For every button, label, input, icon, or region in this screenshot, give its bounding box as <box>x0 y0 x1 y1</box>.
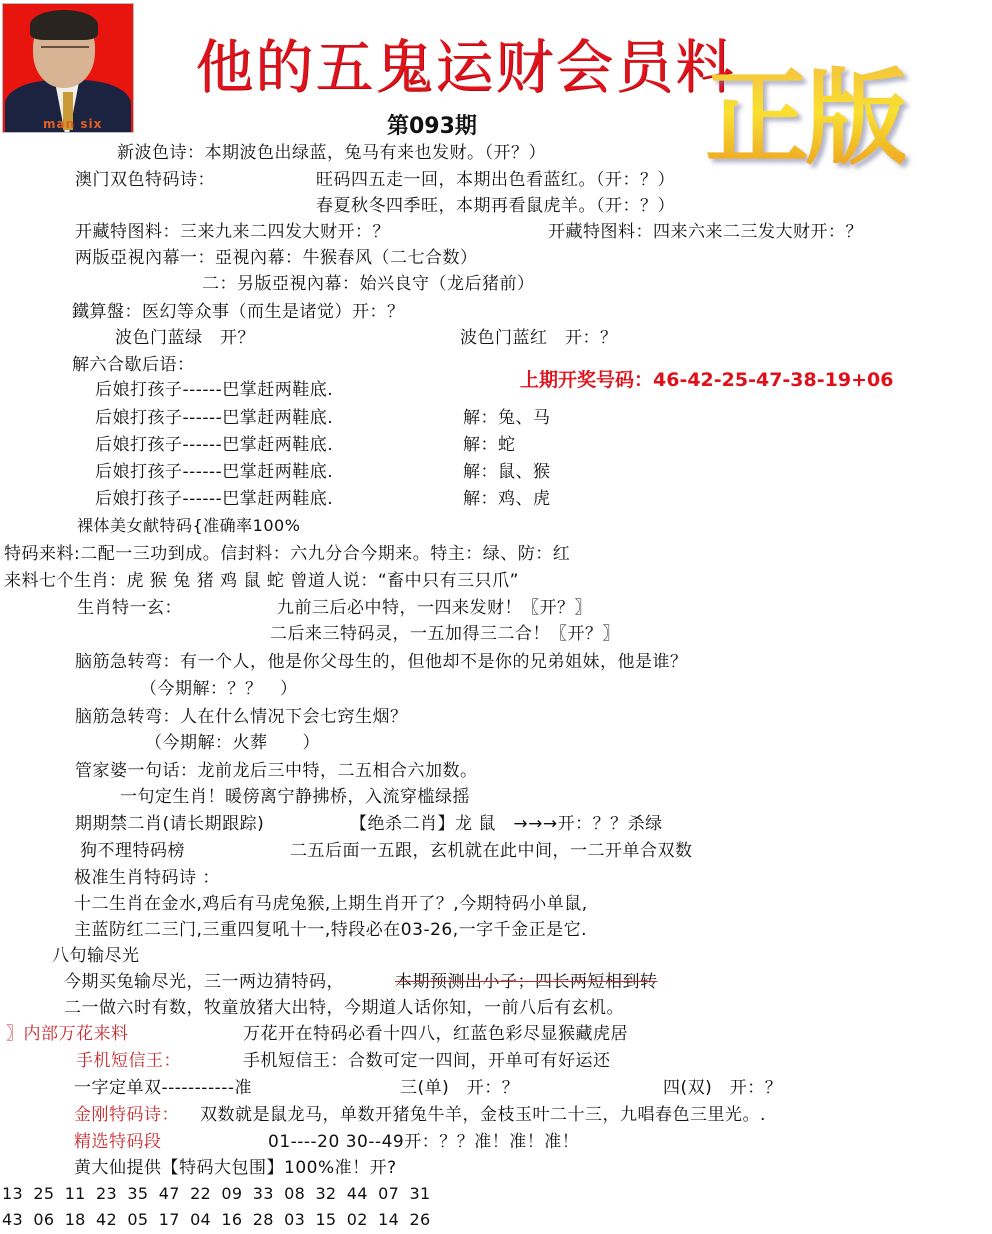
zodiac-mystery-line1: 九前三后必中特，一四来发财！〖开？〗 <box>277 597 592 619</box>
diamond-poem-text: 双数就是鼠龙马，单数开猪兔牛羊，金枝玉叶二十三，九唱春色三里光。. <box>200 1104 766 1126</box>
zodiac-mystery-line2: 二后来三特码灵，一五加得三二合！〖开？〗 <box>270 623 620 645</box>
brain-teaser-2: 脑筋急转弯：人在什么情况下会七窍生烟？ <box>75 706 408 728</box>
riddle-heading: 解六合歇后语： <box>72 354 195 376</box>
number-row-2: 43 06 18 42 05 17 04 16 28 03 15 02 14 2… <box>2 1210 430 1230</box>
macau-poem-line1: 旺码四五走一回，本期出色看蓝红。（开：？） <box>316 169 675 191</box>
seven-zodiac-source: 来料七个生肖：虎 猴 兔 猪 鸡 鼠 蛇 曾道人说：“畜中只有三只爪” <box>4 570 519 592</box>
iron-abacus: 鐵算盤：医幻等众事（而生是诸觉）开：？ <box>72 301 405 323</box>
riddle-answer: 解：兔、马 <box>463 407 551 429</box>
macau-poem-line2: 春夏秋冬四季旺，本期再看鼠虎羊。（开：？） <box>316 195 675 217</box>
kill-two-zodiac: 【绝杀二肖】龙 鼠 →→→开：？？杀绿 <box>350 813 663 835</box>
hidden-chart-right: 开藏特图料：四来六来二三发大财开：？ <box>548 221 863 243</box>
zodiac-poem-heading: 极准生肖特码诗 ： <box>74 867 220 889</box>
number-row-1: 13 25 11 23 35 47 22 09 33 08 32 44 07 3… <box>2 1184 430 1204</box>
banned-zodiac-label: 期期禁二肖(请长期跟踪) <box>75 813 264 835</box>
goubuli-label: 狗不理特码榜 <box>80 840 185 862</box>
wave-blue-green: 波色门蓝绿 开？ <box>115 327 255 349</box>
one-line-zodiac: 一句定生肖！暖傍离宁静拂桥，入流穿槛绿摇 <box>120 786 470 808</box>
eight-lines-1b: 本期预测出小子；四长两短相到转 <box>395 971 658 993</box>
wong-tai-sin-heading: 黄大仙提供【特码大包围】100%准！开? <box>74 1157 397 1179</box>
sms-king-text: 手机短信王：合数可定一四间，开单可有好运还 <box>243 1050 611 1072</box>
genuine-badge: 正版 <box>705 58 905 178</box>
zodiac-poem-line1: 十二生肖在金水,鸡后有马虎兔猴,上期生肖开了？,今期特码小单鼠, <box>74 893 588 915</box>
atv-inside-1: 两版亞視內幕一：亞視內幕：牛猴春风（二七合数） <box>75 247 478 269</box>
selected-range-label: 精选特码段 <box>74 1131 162 1153</box>
page-title: 他的五鬼运财会员料 <box>195 32 735 102</box>
odd-even-label: 一字定单双-----------准 <box>74 1077 252 1099</box>
riddle-line: 后娘打孩子------巴掌赶两鞋底. <box>95 434 333 456</box>
eight-lines-2: 二一做六时有数，牧童放猪大出特，今期道人话你知，一前八后有玄机。 <box>64 997 624 1019</box>
zodiac-mystery-label: 生肖特一玄： <box>77 597 182 619</box>
portrait-glasses <box>41 46 89 56</box>
selected-range-text: 01----20 30--49开：？？准！准！准！ <box>268 1131 579 1153</box>
goubuli-text: 二五后面一五跟，玄机就在此中间，一二开单合双数 <box>290 840 693 862</box>
even-option: 四(双) 开：？ <box>663 1077 782 1099</box>
brain-teaser-1-answer: （今期解：？？ ） <box>140 678 298 700</box>
riddle-answer: 解：蛇 <box>463 434 516 456</box>
riddle-answer: 解：鸡、虎 <box>463 488 551 510</box>
atv-inside-2: 二：另版亞視內幕：始兴良守（龙后猪前） <box>202 273 535 295</box>
wave-color-poem: 新波色诗：本期波色出绿蓝，兔马有来也发财。（开？） <box>117 142 546 164</box>
macau-poem-label: 澳门双色特码诗： <box>75 169 215 191</box>
riddle-answer: 解：鼠、猴 <box>463 461 551 483</box>
brain-teaser-2-answer: （今期解：火葬 ） <box>145 732 320 754</box>
wanhua-label: 〗内部万花来料 <box>6 1023 129 1045</box>
riddle-line: 后娘打孩子------巴掌赶两鞋底. <box>95 379 333 401</box>
eight-lines-heading: 八句输尽光 <box>52 945 140 967</box>
portrait-hair <box>30 10 98 40</box>
brain-teaser-1: 脑筋急转弯：有一个人，他是你父母生的，但他却不是你的兄弟姐妹，他是谁？ <box>75 651 688 673</box>
wanhua-text: 万花开在特码必看十四八，红蓝色彩尽显猴藏虎居 <box>243 1023 628 1045</box>
last-draw-numbers: 上期开奖号码：46-42-25-47-38-19+06 <box>520 368 893 392</box>
hidden-chart-left: 开藏特图料：三来九来二四发大财开：？ <box>75 221 390 243</box>
housekeeper-quote: 管家婆一句话：龙前龙后三中特，二五相合六加数。 <box>75 760 478 782</box>
accuracy-claim: 裸体美女献特码{准确率100% <box>77 515 300 537</box>
special-code-source: 特码来料:二配一三功到成。信封料：六九分合今期来。特主：绿、防：红 <box>4 543 570 565</box>
diamond-poem-label: 金刚特码诗： <box>74 1104 179 1126</box>
riddle-line: 后娘打孩子------巴掌赶两鞋底. <box>95 488 333 510</box>
sms-king-label: 手机短信王： <box>76 1050 181 1072</box>
portrait-photo: man six <box>2 3 134 133</box>
zodiac-poem-line2: 主蓝防红二三门,三重四复吼十一,特段必在03-26,一字千金正是它. <box>74 919 587 941</box>
odd-option: 三(单) 开：？ <box>400 1077 519 1099</box>
riddle-line: 后娘打孩子------巴掌赶两鞋底. <box>95 461 333 483</box>
issue-number: 第093期 <box>387 113 477 141</box>
riddle-line: 后娘打孩子------巴掌赶两鞋底. <box>95 407 333 429</box>
wave-blue-red: 波色门蓝红 开：？ <box>460 327 618 349</box>
portrait-logo: man six <box>43 117 102 131</box>
eight-lines-1a: 今期买兔输尽光，三一两边猜特码， <box>64 971 344 993</box>
